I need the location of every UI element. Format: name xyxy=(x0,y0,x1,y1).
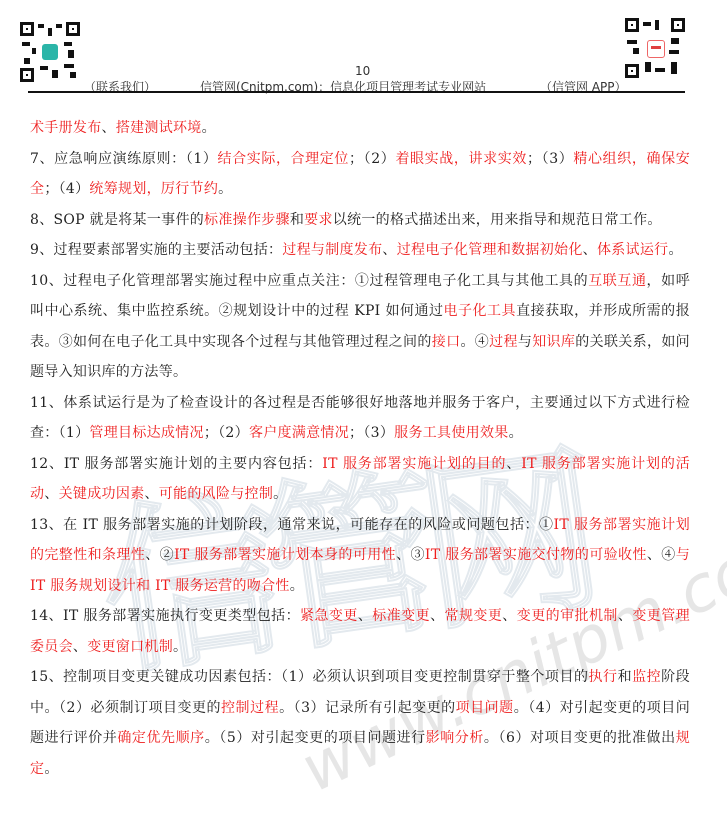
body-text: ；（3） xyxy=(349,425,394,441)
qr-finder-icon xyxy=(20,68,34,82)
highlighted-text: 体系试运行 xyxy=(597,242,669,258)
body-text: 12、IT 服务部署实施计划的主要内容包括： xyxy=(30,456,322,472)
highlighted-text: 电子化工具 xyxy=(444,303,517,319)
body-text: 7、应急响应演练原则：（1） xyxy=(30,151,217,167)
qr-finder-icon xyxy=(66,22,80,36)
highlighted-text: 影响分析 xyxy=(426,730,484,746)
body-text: 与 xyxy=(518,334,532,350)
body-text: 。 xyxy=(173,639,187,655)
qr-finder-icon xyxy=(625,18,639,32)
qr-code-app xyxy=(625,18,685,78)
highlighted-text: 接口 xyxy=(432,334,461,350)
body-text: 、 xyxy=(430,608,444,624)
paragraph: 15、控制项目变更关键成功因素包括：（1）必须认识到项目变更控制贯穿于整个项目的… xyxy=(30,662,690,784)
page-header: 10 （联系我们） 信管网(Cnitpm.com)：信息化项目管理考试专业网站 … xyxy=(0,0,727,95)
body-text: ；（3） xyxy=(527,151,573,167)
body-text: 和 xyxy=(290,212,304,228)
body-text: 。 xyxy=(202,120,216,136)
body-text: 。（5）对引起变更的项目问题进行 xyxy=(205,730,426,746)
highlighted-text: 过程与制度发布 xyxy=(282,242,382,258)
highlighted-text: 控制过程 xyxy=(221,700,279,716)
highlighted-text: 过程电子化管理和数据初始化 xyxy=(397,242,583,258)
highlighted-text: IT 服务部署实施交付物的可验收性 xyxy=(425,547,647,563)
body-text: 、 xyxy=(583,242,597,258)
qr-finder-icon xyxy=(671,18,685,32)
body-text: 、② xyxy=(145,547,174,563)
highlighted-text: 常规变更 xyxy=(445,608,503,624)
highlighted-text: 客户度满意情况 xyxy=(249,425,349,441)
paragraph: 14、IT 服务部署实施执行变更类型包括：紧急变更、标准变更、常规变更、变更的审… xyxy=(30,601,690,662)
highlighted-text: 服务工具使用效果 xyxy=(394,425,508,441)
highlighted-text: IT 服务部署实施计划本身的可用性 xyxy=(174,547,396,563)
highlighted-text: 标准变更 xyxy=(372,608,430,624)
body-text: ；（2） xyxy=(349,151,395,167)
paragraph: 术手册发布、搭建测试环境。 xyxy=(30,113,690,144)
paragraph: 8、SOP 就是将某一事件的标准操作步骤和要求以统一的格式描述出来，用来指导和规… xyxy=(30,205,690,236)
paragraph: 7、应急响应演练原则：（1）结合实际，合理定位；（2）着眼实战，讲求实效；（3）… xyxy=(30,144,690,205)
body-text: 。 xyxy=(668,242,682,258)
body-text: 、 xyxy=(358,608,372,624)
paragraph: 12、IT 服务部署实施计划的主要内容包括：IT 服务部署实施计划的目的、IT … xyxy=(30,449,690,510)
qr-finder-icon xyxy=(625,64,639,78)
body-text: 、 xyxy=(382,242,396,258)
body-text: ；（2） xyxy=(204,425,249,441)
highlighted-text: 管理目标达成情况 xyxy=(89,425,203,441)
highlighted-text: 关键成功因素 xyxy=(59,486,145,502)
body-text: 、 xyxy=(102,120,116,136)
document-body: 术手册发布、搭建测试环境。7、应急响应演练原则：（1）结合实际，合理定位；（2）… xyxy=(30,113,690,784)
body-text: 、③ xyxy=(396,547,425,563)
body-text: 、 xyxy=(506,456,521,472)
paragraph: 9、过程要素部署实施的主要活动包括：过程与制度发布、过程电子化管理和数据初始化、… xyxy=(30,235,690,266)
highlighted-text: 执行 xyxy=(589,669,618,685)
highlighted-text: 项目问题 xyxy=(456,700,514,716)
body-text: 。 xyxy=(290,578,304,594)
header-divider xyxy=(28,91,685,93)
highlighted-text: 互联互通 xyxy=(588,273,646,289)
highlighted-text: 监控 xyxy=(632,669,661,685)
highlighted-text: 搭建测试环境 xyxy=(116,120,202,136)
body-text: 14、IT 服务部署实施执行变更类型包括： xyxy=(30,608,300,624)
highlighted-text: 变更的审批机制 xyxy=(517,608,618,624)
highlighted-text: 变更窗口机制 xyxy=(87,639,173,655)
body-text: 。（3）记录所有引起变更的 xyxy=(279,700,456,716)
body-text: 9、过程要素部署实施的主要活动包括： xyxy=(30,242,282,258)
body-text: 以统一的格式描述出来，用来指导和规范日常工作。 xyxy=(333,212,662,228)
paragraph: 13、在 IT 服务部署实施的计划阶段，通常来说，可能存在的风险或问题包括：①I… xyxy=(30,510,690,602)
highlighted-text: 结合实际，合理定位 xyxy=(217,151,349,167)
body-text: 、④ xyxy=(647,547,676,563)
qr-finder-icon xyxy=(20,22,34,36)
page-number: 10 xyxy=(355,64,370,78)
body-text: 。（6）对项目变更的批准做出 xyxy=(484,730,676,746)
highlighted-text: 紧急变更 xyxy=(300,608,358,624)
highlighted-text: 确定优先顺序 xyxy=(117,730,204,746)
highlighted-text: 着眼实战，讲求实效 xyxy=(395,151,527,167)
body-text: 15、控制项目变更关键成功因素包括：（1）必须认识到项目变更控制贯穿于整个项目的 xyxy=(30,669,589,685)
body-text: 。④ xyxy=(460,334,489,350)
body-text: 13、在 IT 服务部署实施的计划阶段，通常来说，可能存在的风险或问题包括：① xyxy=(30,517,554,533)
highlighted-text: 标准操作步骤 xyxy=(204,212,290,228)
body-text: 、 xyxy=(44,486,58,502)
body-text: 10、过程电子化管理部署实施过程中应重点关注：①过程管理电子化工具与其他工具的 xyxy=(30,273,588,289)
body-text: 。 xyxy=(218,181,232,197)
body-text: 、 xyxy=(144,486,158,502)
highlighted-text: 过程 xyxy=(489,334,518,350)
body-text: 和 xyxy=(618,669,633,685)
highlighted-text: 统筹规划，厉行节约 xyxy=(89,181,218,197)
body-text: 8、SOP 就是将某一事件的 xyxy=(30,212,204,228)
paragraph: 11、体系试运行是为了检查设计的各过程是否能够很好地落地并服务于客户，主要通过以… xyxy=(30,388,690,449)
body-text: 。 xyxy=(44,761,58,777)
app-logo-icon xyxy=(42,44,58,60)
body-text: 。 xyxy=(509,425,523,441)
highlighted-text: IT 服务部署实施计划的目的 xyxy=(322,456,506,472)
paragraph: 10、过程电子化管理部署实施过程中应重点关注：①过程管理电子化工具与其他工具的互… xyxy=(30,266,690,388)
qr-code-contact xyxy=(20,22,80,82)
highlighted-text: 知识库 xyxy=(532,334,575,350)
highlighted-text: 可能的风险与控制 xyxy=(159,486,273,502)
body-text: 、 xyxy=(618,608,632,624)
body-text: 、 xyxy=(73,639,87,655)
body-text: ；（4） xyxy=(44,181,89,197)
highlighted-text: 要求 xyxy=(304,212,333,228)
app-logo-icon xyxy=(647,40,665,58)
highlighted-text: 术手册发布 xyxy=(30,120,102,136)
body-text: 、 xyxy=(502,608,516,624)
body-text: 。 xyxy=(273,486,287,502)
